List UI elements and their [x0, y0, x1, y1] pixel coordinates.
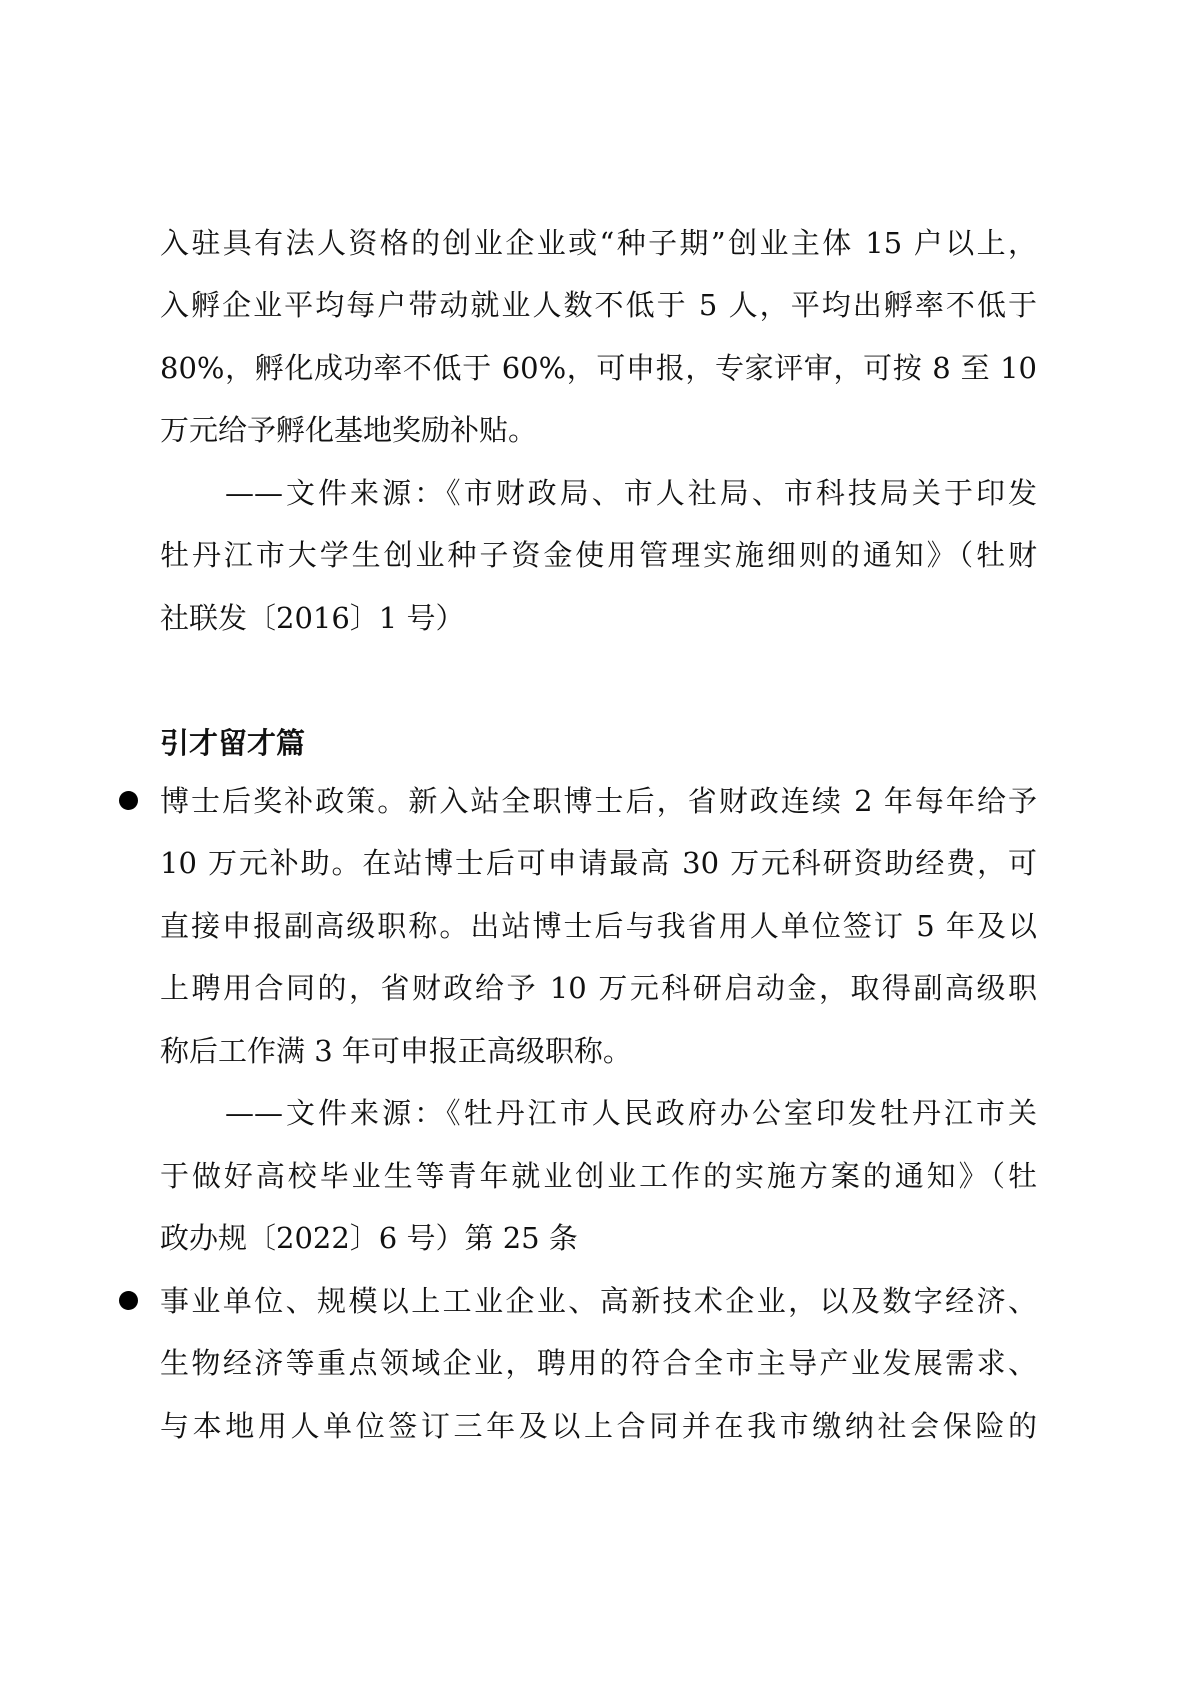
- source-citation-line: 于做好高校毕业生等青年就业创业工作的实施方案的通知》（牡: [160, 1156, 1037, 1196]
- paragraph-line: 入驻具有法人资格的创业企业或“种子期”创业主体 15 户以上，: [160, 223, 1037, 263]
- source-citation-line: 政办规〔2022〕6 号）第 25 条: [160, 1218, 1037, 1258]
- source-citation-line: ——文件来源：《牡丹江市人民政府办公室印发牡丹江市关: [225, 1093, 1037, 1133]
- paragraph-line: 万元给予孵化基地奖励补贴。: [160, 410, 1037, 450]
- source-citation-line: 牡丹江市大学生创业种子资金使用管理实施细则的通知》（牡财: [160, 535, 1037, 575]
- list-item-line: 称后工作满 3 年可申报正高级职称。: [160, 1031, 1037, 1071]
- bullet-icon: [119, 1291, 138, 1310]
- source-citation-line: ——文件来源：《市财政局、市人社局、市科技局关于印发: [225, 473, 1037, 513]
- paragraph-line: 入孵企业平均每户带动就业人数不低于 5 人，平均出孵率不低于: [160, 285, 1037, 325]
- section-heading: 引才留才篇: [160, 723, 305, 763]
- list-item-line: 10 万元补助。在站博士后可申请最高 30 万元科研资助经费，可: [160, 843, 1037, 883]
- list-item-line: 博士后奖补政策。新入站全职博士后，省财政连续 2 年每年给予: [160, 781, 1037, 821]
- list-item-line: 上聘用合同的，省财政给予 10 万元科研启动金，取得副高级职: [160, 968, 1037, 1008]
- paragraph-line: 80%，孵化成功率不低于 60%，可申报，专家评审，可按 8 至 10: [160, 348, 1037, 388]
- list-item-line: 事业单位、规模以上工业企业、高新技术企业，以及数字经济、: [160, 1281, 1037, 1321]
- list-item-line: 生物经济等重点领域企业，聘用的符合全市主导产业发展需求、: [160, 1343, 1037, 1383]
- source-citation-line: 社联发〔2016〕1 号）: [160, 598, 1037, 638]
- list-item-line: 直接申报副高级职称。出站博士后与我省用人单位签订 5 年及以: [160, 906, 1037, 946]
- list-item-line: 与本地用人单位签订三年及以上合同并在我市缴纳社会保险的: [160, 1406, 1037, 1446]
- bullet-icon: [119, 791, 138, 810]
